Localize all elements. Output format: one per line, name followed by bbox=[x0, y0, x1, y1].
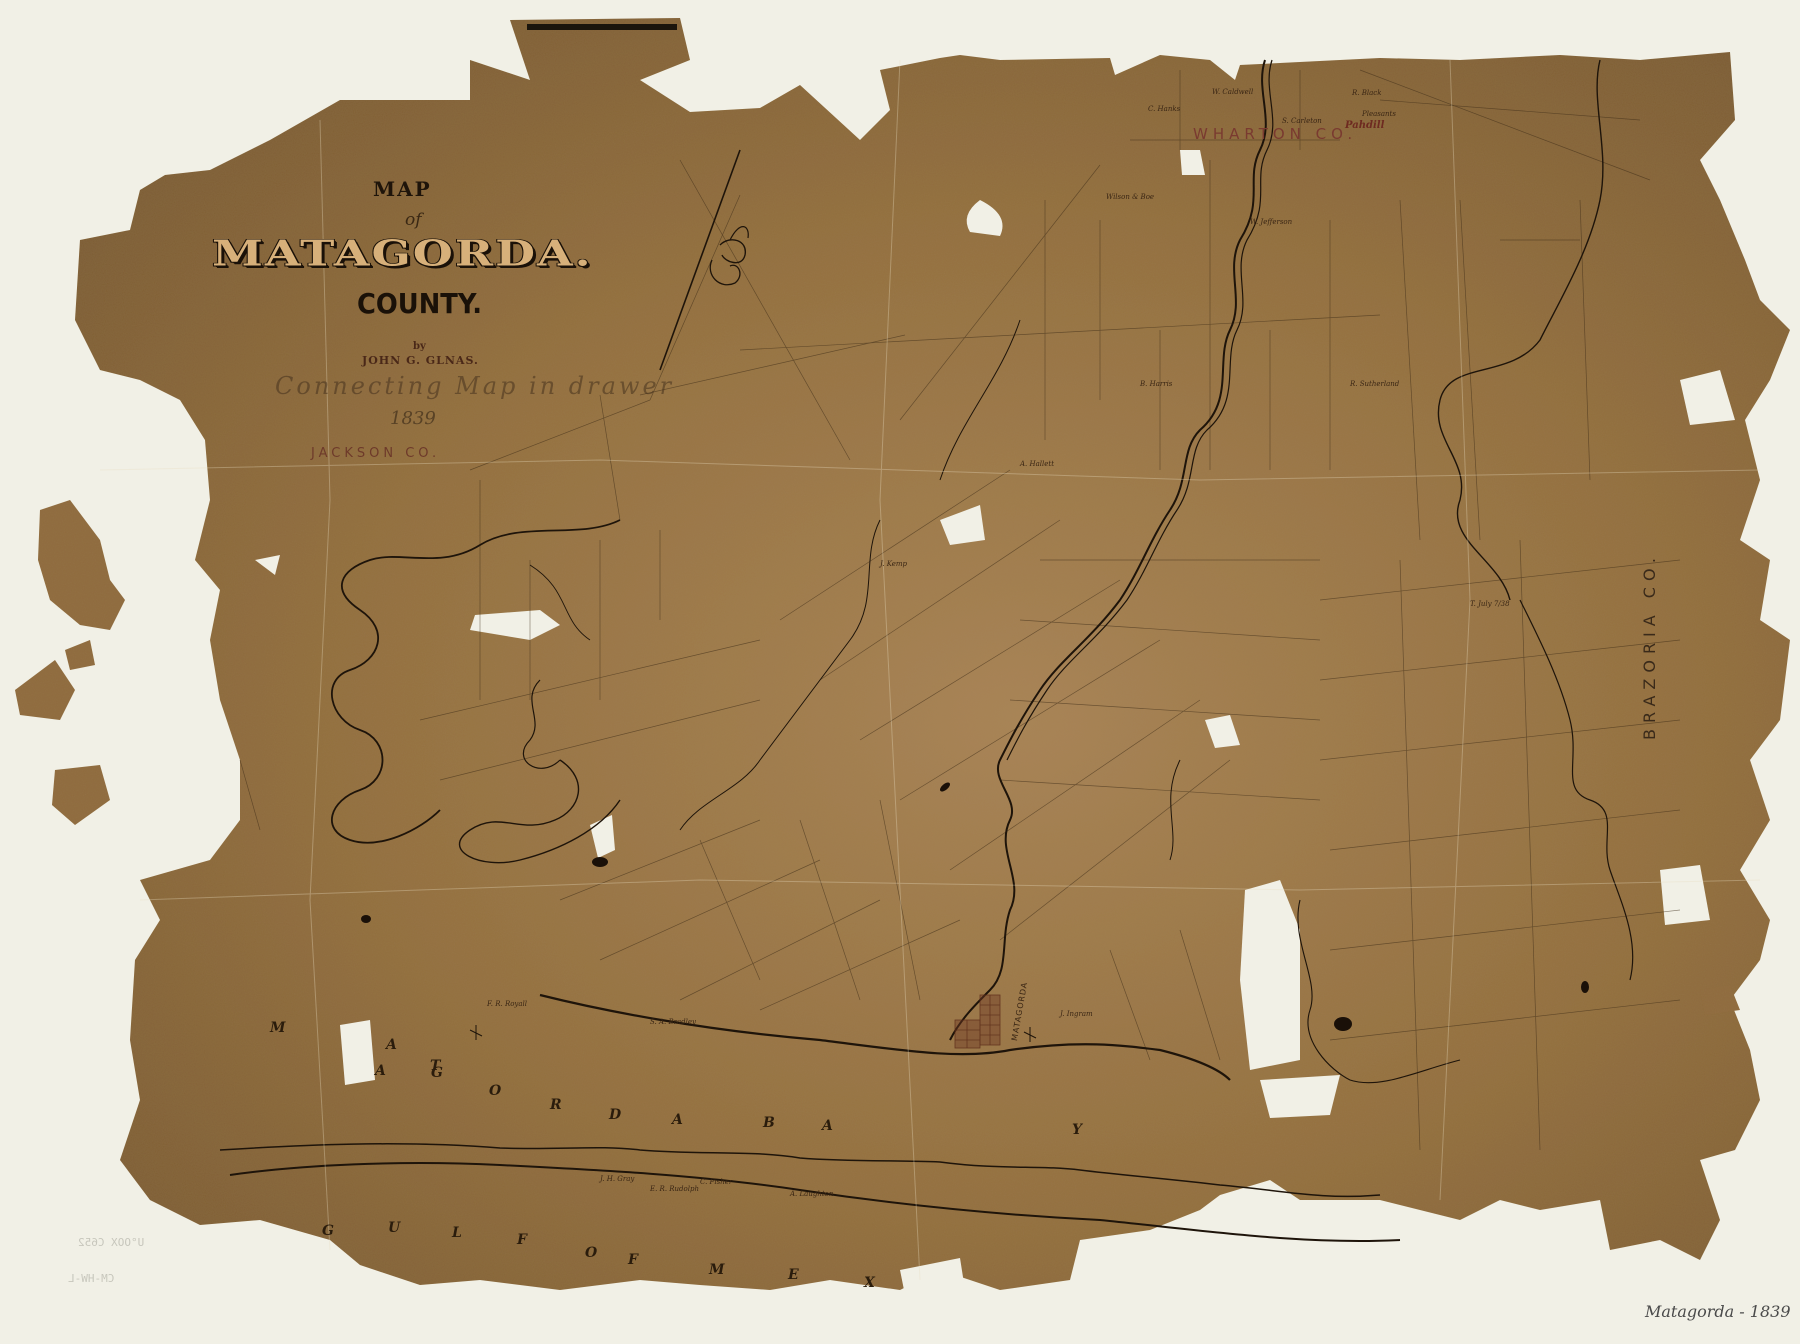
map-sheet bbox=[0, 0, 1800, 1344]
landowner-note: T. July 7/38 bbox=[1470, 600, 1510, 608]
gulf-letter: F bbox=[628, 1252, 638, 1268]
landowner-note: B. Harris bbox=[1140, 380, 1172, 388]
bay-letter: D bbox=[609, 1107, 621, 1123]
map-canvas: MAP of MATAGORDA. COUNTY. by JOHN G. GLN… bbox=[0, 0, 1800, 1344]
gulf-letter: G bbox=[322, 1223, 334, 1239]
bay-letter: Y bbox=[1072, 1122, 1082, 1138]
bay-letter: A bbox=[386, 1037, 397, 1053]
landowner-note: W. Jefferson bbox=[1250, 218, 1292, 226]
gulf-letter: F bbox=[517, 1232, 527, 1248]
landowner-note: E. R. Rudolph bbox=[650, 1185, 699, 1193]
paper-fragment-main bbox=[75, 18, 1790, 1290]
bay-letter: R bbox=[550, 1097, 562, 1113]
bleedthrough-stamp: CM-HW-L bbox=[68, 1272, 114, 1285]
title-by: by bbox=[413, 341, 426, 352]
bay-letter: M bbox=[270, 1020, 286, 1036]
landowner-note: C. Hanks bbox=[1148, 105, 1180, 113]
title-border-bar bbox=[527, 24, 677, 30]
county-label-brazoria: BRAZORIA CO. bbox=[1640, 552, 1659, 740]
bleedthrough-stamp: U°OOX C652 bbox=[78, 1236, 144, 1249]
landowner-note: J. H. Gray bbox=[600, 1175, 634, 1183]
landowner-note: F. R. Royall bbox=[487, 1000, 527, 1008]
handwritten-year: 1839 bbox=[390, 408, 436, 429]
title-author: JOHN G. GLNAS. bbox=[362, 354, 479, 367]
landowner-note: J. Kemp bbox=[880, 560, 907, 568]
county-label-jackson: JACKSON CO. bbox=[311, 446, 440, 461]
title-map-word: MAP bbox=[373, 177, 432, 201]
landowner-note: A. Hallett bbox=[1020, 460, 1054, 468]
landowner-note: J. Ingram bbox=[1060, 1010, 1093, 1018]
gulf-letter: O bbox=[585, 1245, 597, 1261]
landowner-note: W. Caldwell bbox=[1212, 88, 1253, 96]
bay-letter: A bbox=[672, 1112, 683, 1128]
landowner-note: Wilson & Boe bbox=[1106, 193, 1154, 201]
gulf-letter: U bbox=[388, 1220, 400, 1236]
bay-letter: A bbox=[375, 1063, 386, 1079]
catalog-annotation: Matagorda - 1839 bbox=[1645, 1302, 1791, 1321]
landowner-note: Pahdill bbox=[1345, 120, 1384, 131]
landowner-note: A. Laughton bbox=[790, 1190, 833, 1198]
handwritten-note: Connecting Map in drawer bbox=[275, 372, 674, 400]
landowner-note: C. Fisher bbox=[700, 1178, 732, 1186]
bay-letter: B bbox=[763, 1115, 775, 1131]
landowner-note: R. Black bbox=[1352, 89, 1381, 97]
title-county: COUNTY. bbox=[357, 287, 482, 320]
bay-letter: O bbox=[489, 1083, 501, 1099]
gulf-letter: M bbox=[709, 1262, 725, 1278]
bay-letter: A bbox=[822, 1118, 833, 1134]
landowner-note: S. A. Bradley bbox=[650, 1018, 696, 1026]
gulf-letter: L bbox=[452, 1225, 462, 1241]
landowner-note: R. Sutherland bbox=[1350, 380, 1399, 388]
bay-letter: G bbox=[431, 1065, 443, 1081]
landowner-note: S. Carleton bbox=[1282, 117, 1322, 125]
gulf-letter: E bbox=[788, 1267, 799, 1283]
landowner-note: Pleasants bbox=[1362, 110, 1396, 118]
county-label-wharton: WHARTON CO. bbox=[1193, 125, 1357, 143]
gulf-letter: X bbox=[864, 1275, 875, 1291]
title-main: MATAGORDA. bbox=[212, 232, 593, 274]
title-of-word: of bbox=[405, 210, 422, 230]
